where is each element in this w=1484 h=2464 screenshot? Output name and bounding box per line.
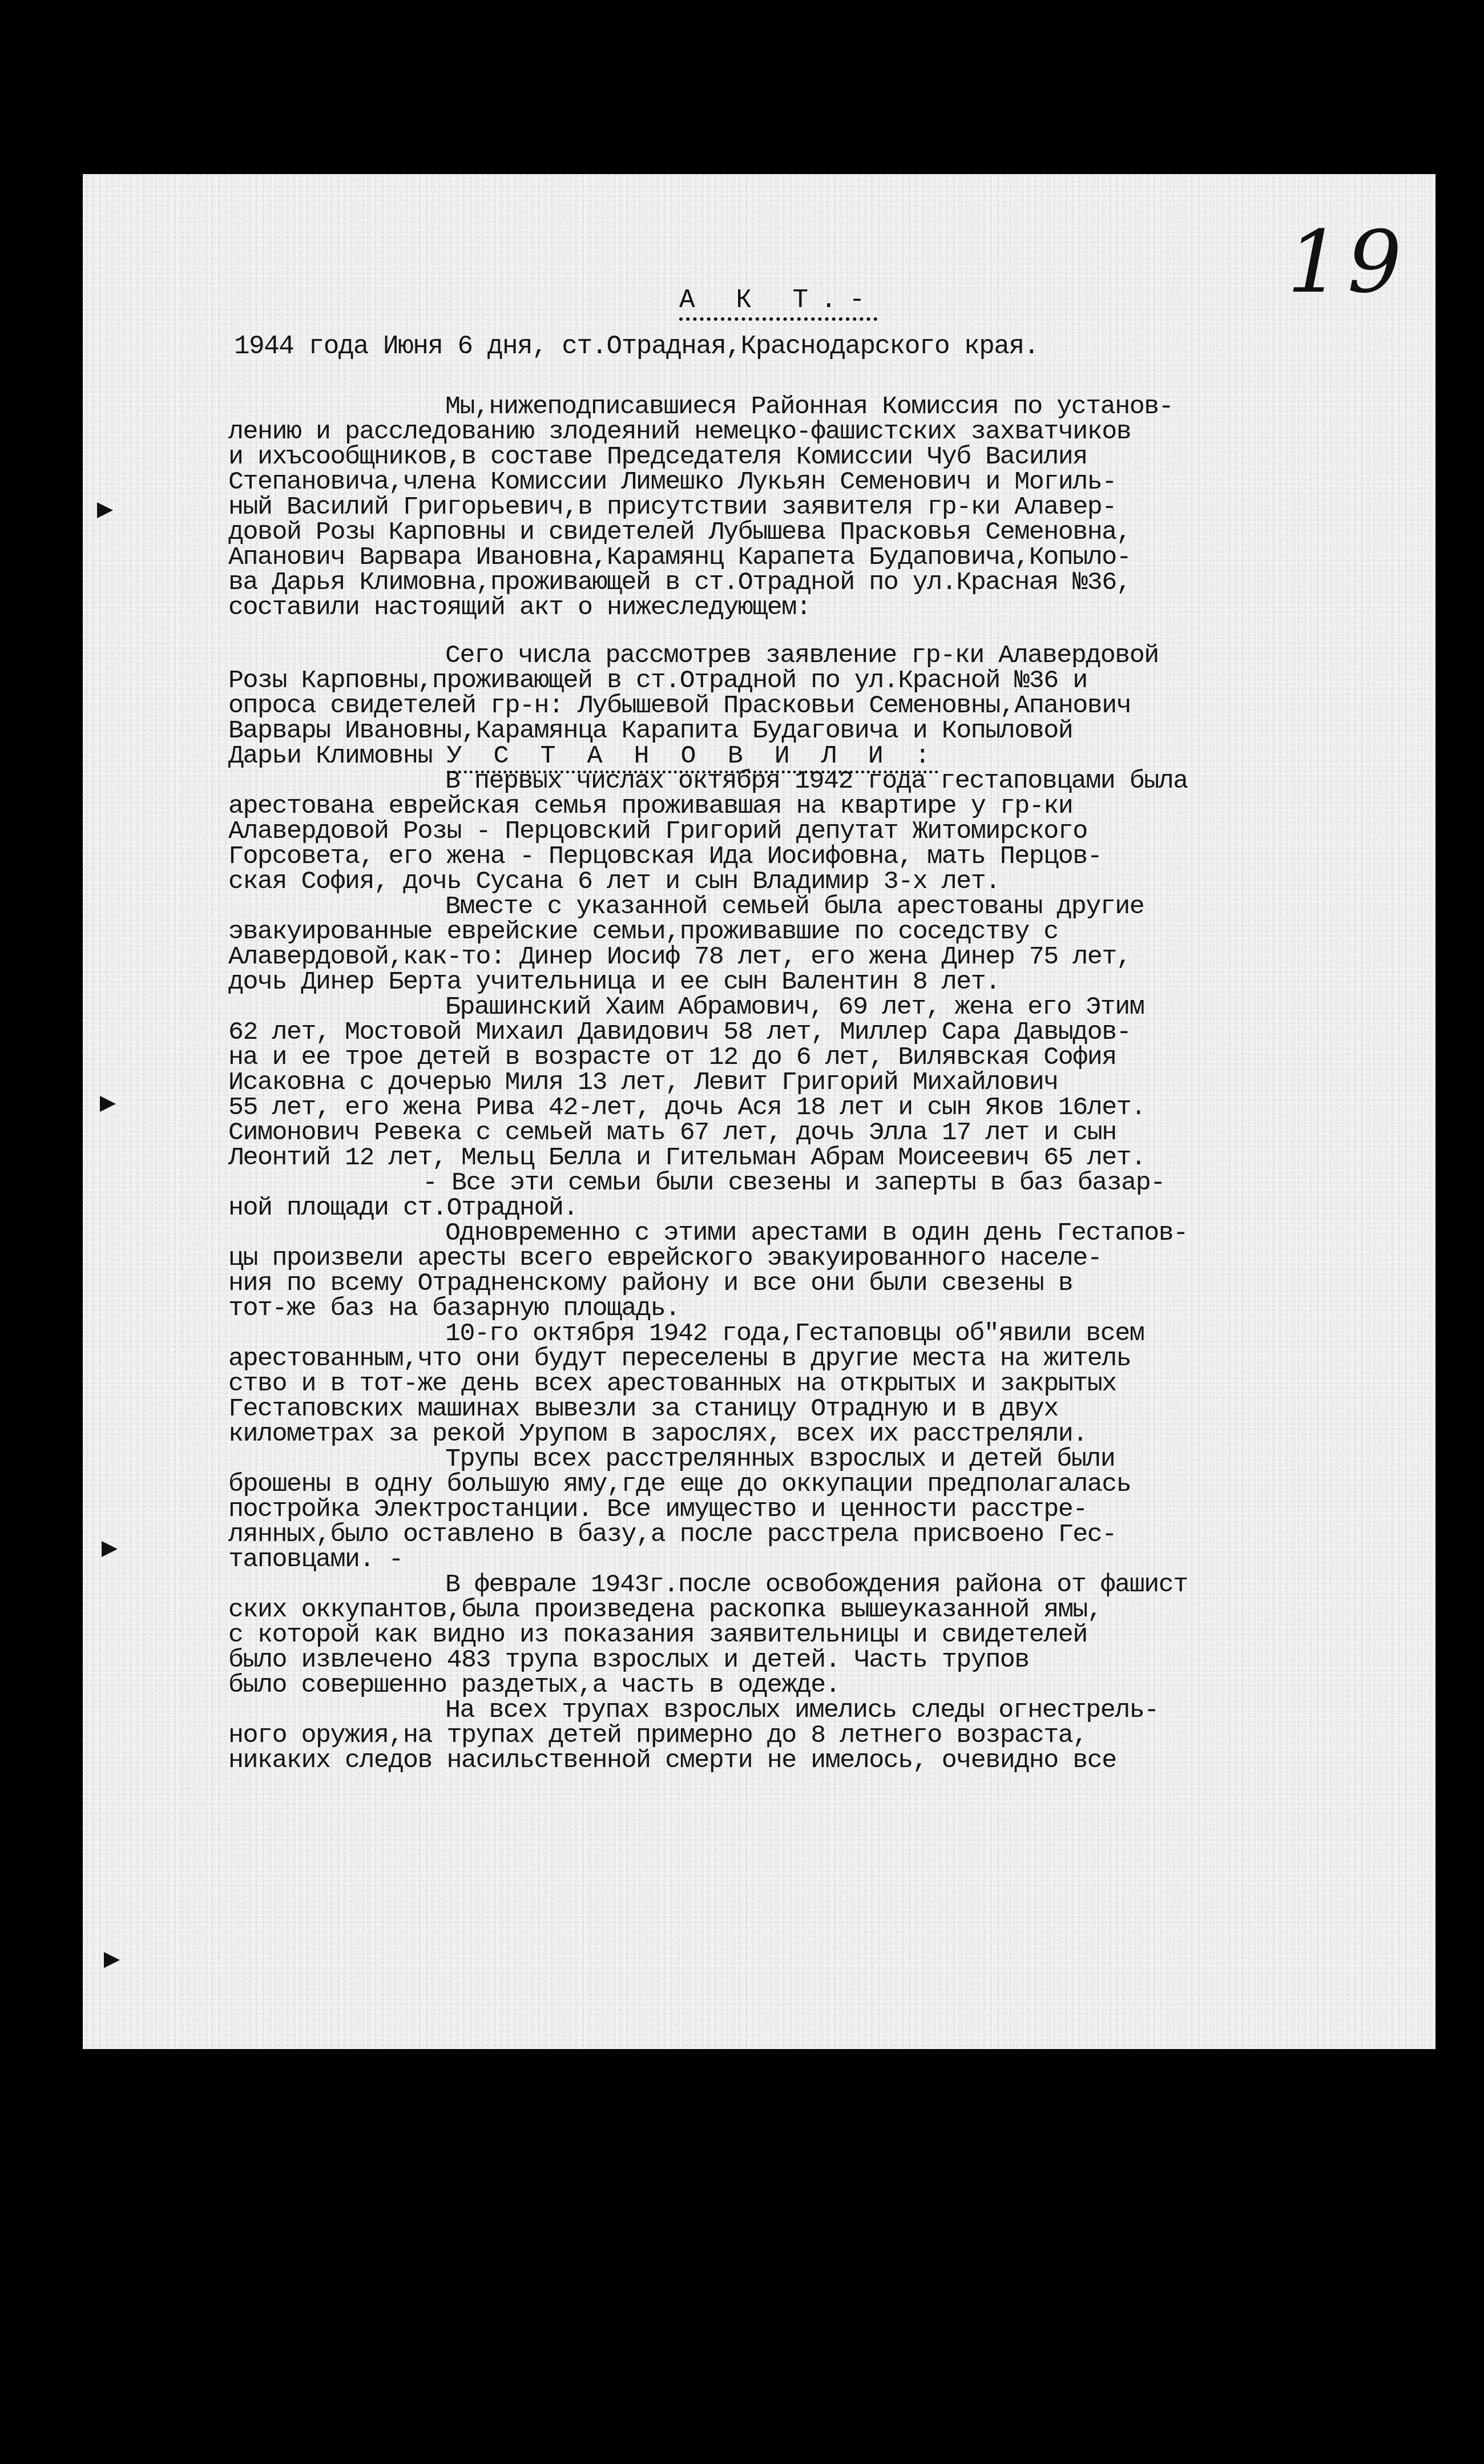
text-line: дочь Динер Берта учительница и ее сын Ва… xyxy=(228,970,1433,995)
text-line: Вместе с указанной семьей была арестован… xyxy=(228,894,1433,920)
paragraph: Трупы всех расстрелянных взрослых и дете… xyxy=(228,1447,1433,1572)
text-line: Варвары Ивановны,Карамянца Карапита Буда… xyxy=(228,719,1433,744)
text-line: цы произвели аресты всего еврейского эва… xyxy=(228,1246,1433,1271)
paragraph: В феврале 1943г.после освобождения район… xyxy=(228,1572,1433,1698)
text-line: Алавердовой Розы - Перцовский Григорий д… xyxy=(228,819,1433,844)
text-line: лению и расследованию злодеяний немецко-… xyxy=(228,420,1433,445)
text-line: ских оккупантов,была произведена раскопк… xyxy=(228,1598,1433,1623)
text-line: составили настоящий акт о нижеследующем: xyxy=(228,595,1433,620)
margin-mark-icon xyxy=(104,1952,120,1968)
text-line: брошены в одну большую яму,где еще до ок… xyxy=(228,1472,1433,1497)
text-line: ного оружия,на трупах детей примерно до … xyxy=(228,1723,1433,1748)
text-line: Сего числа рассмотрев заявление гр-ки Ал… xyxy=(228,643,1433,668)
text-line: километрах за рекой Урупом в зарослях, в… xyxy=(228,1422,1433,1447)
text-line: Исаковна с дочерью Миля 13 лет, Левит Гр… xyxy=(228,1070,1433,1095)
text-line: Апанович Варвара Ивановна,Карамянц Карап… xyxy=(228,545,1433,570)
text-line: арестована еврейская семья проживавшая н… xyxy=(228,794,1433,819)
text-line: 55 лет, его жена Рива 42-лет, дочь Ася 1… xyxy=(228,1095,1433,1120)
paragraph: - Все эти семьи были свезены и заперты в… xyxy=(228,1171,1433,1221)
text-line: лянных,было оставлено в базу,а после рас… xyxy=(228,1522,1433,1547)
text-line: ной площади ст.Отрадной. xyxy=(228,1196,1433,1221)
paragraph: Одновременно с этими арестами в один ден… xyxy=(228,1221,1433,1321)
text-line: никаких следов насильственной смерти не … xyxy=(228,1748,1433,1773)
paragraph: В первых числах октября 1942 года гестап… xyxy=(228,769,1433,894)
text-line: ный Василий Григорьевич,в присутствии за… xyxy=(228,495,1433,520)
text-line: ния по всему Отрадненскому району и все … xyxy=(228,1271,1433,1296)
text-line: В феврале 1943г.после освобождения район… xyxy=(228,1572,1433,1598)
text-line: было совершенно раздетых,а часть в одежд… xyxy=(228,1673,1433,1698)
margin-mark-icon xyxy=(97,502,113,518)
text-line: Горсовета, его жена - Перцовская Ида Иос… xyxy=(228,844,1433,869)
text-line: ская София, дочь Сусана 6 лет и сын Влад… xyxy=(228,869,1433,894)
text-line: ство и в тот-же день всех арестованных н… xyxy=(228,1372,1433,1397)
paragraph: Сего числа рассмотрев заявление гр-ки Ал… xyxy=(228,643,1433,769)
document-title: А К Т.- xyxy=(679,285,877,321)
text-line: Симонович Ревека с семьей мать 67 лет, д… xyxy=(228,1120,1433,1146)
document-body: 1944 года Июня 6 дня, ст.Отрадная,Красно… xyxy=(228,334,1433,1773)
paragraph: Брашинский Хаим Абрамович, 69 лет, жена … xyxy=(228,995,1433,1171)
text-line: Брашинский Хаим Абрамович, 69 лет, жена … xyxy=(228,995,1433,1020)
text-line: 62 лет, Мостовой Михаил Давидович 58 лет… xyxy=(228,1020,1433,1045)
text-line: на и ее трое детей в возрасте от 12 до 6… xyxy=(228,1045,1433,1070)
text-line: 10-го октября 1942 года,Гестаповцы об"яв… xyxy=(228,1321,1433,1346)
text-line: Трупы всех расстрелянных взрослых и дете… xyxy=(228,1447,1433,1472)
text-line: было извлечено 483 трупа взрослых и дете… xyxy=(228,1648,1433,1673)
text-line: Леонтий 12 лет, Мельц Белла и Гительман … xyxy=(228,1146,1433,1171)
folio-number: 19 xyxy=(1287,220,1408,305)
text-line: ва Дарья Климовна,проживающей в ст.Отрад… xyxy=(228,570,1433,595)
paragraph: 10-го октября 1942 года,Гестаповцы об"яв… xyxy=(228,1321,1433,1447)
text-line: - Все эти семьи были свезены и заперты в… xyxy=(228,1171,1433,1196)
text-span: Дарьи Климовны xyxy=(228,741,432,771)
dateline: 1944 года Июня 6 дня, ст.Отрадная,Красно… xyxy=(234,334,1433,359)
text-line: В первых числах октября 1942 года гестап… xyxy=(228,769,1433,794)
margin-mark-icon xyxy=(100,1096,116,1112)
margin-mark-icon xyxy=(102,1541,118,1557)
text-line: Алавердовой,как-то: Динер Иосиф 78 лет, … xyxy=(228,945,1433,970)
text-line: Степановича,члена Комиссии Лимешко Лукья… xyxy=(228,470,1433,495)
text-line: Одновременно с этими арестами в один ден… xyxy=(228,1221,1433,1246)
text-line: довой Розы Карповны и свидетелей Лубышев… xyxy=(228,520,1433,545)
paragraph: Вместе с указанной семьей была арестован… xyxy=(228,894,1433,995)
text-line: Гестаповских машинах вывезли за станицу … xyxy=(228,1397,1433,1422)
text-line: таповцами. - xyxy=(228,1547,1433,1572)
text-line: арестованным,что они будут переселены в … xyxy=(228,1346,1433,1372)
text-line: Мы,нижеподписавшиеся Районная Комиссия п… xyxy=(228,394,1433,420)
text-line: с которой как видно из показания заявите… xyxy=(228,1623,1433,1648)
paragraph: На всех трупах взрослых имелись следы ог… xyxy=(228,1698,1433,1773)
text-line: тот-же баз на базарную площадь. xyxy=(228,1296,1433,1321)
text-line: эвакуированные еврейские семьи,проживавш… xyxy=(228,920,1433,945)
paragraph: Мы,нижеподписавшиеся Районная Комиссия п… xyxy=(228,394,1433,620)
text-line: постройка Электростанции. Все имущество … xyxy=(228,1497,1433,1522)
text-line: На всех трупах взрослых имелись следы ог… xyxy=(228,1698,1433,1723)
text-line: Дарьи Климовны У С Т А Н О В И Л И : xyxy=(228,744,1433,769)
text-line: опроса свидетелей гр-н: Лубышевой Праско… xyxy=(228,693,1433,719)
text-line: и ихъсообщников,в составе Председателя К… xyxy=(228,445,1433,470)
text-line: Розы Карповны,проживающей в ст.Отрадной … xyxy=(228,668,1433,693)
